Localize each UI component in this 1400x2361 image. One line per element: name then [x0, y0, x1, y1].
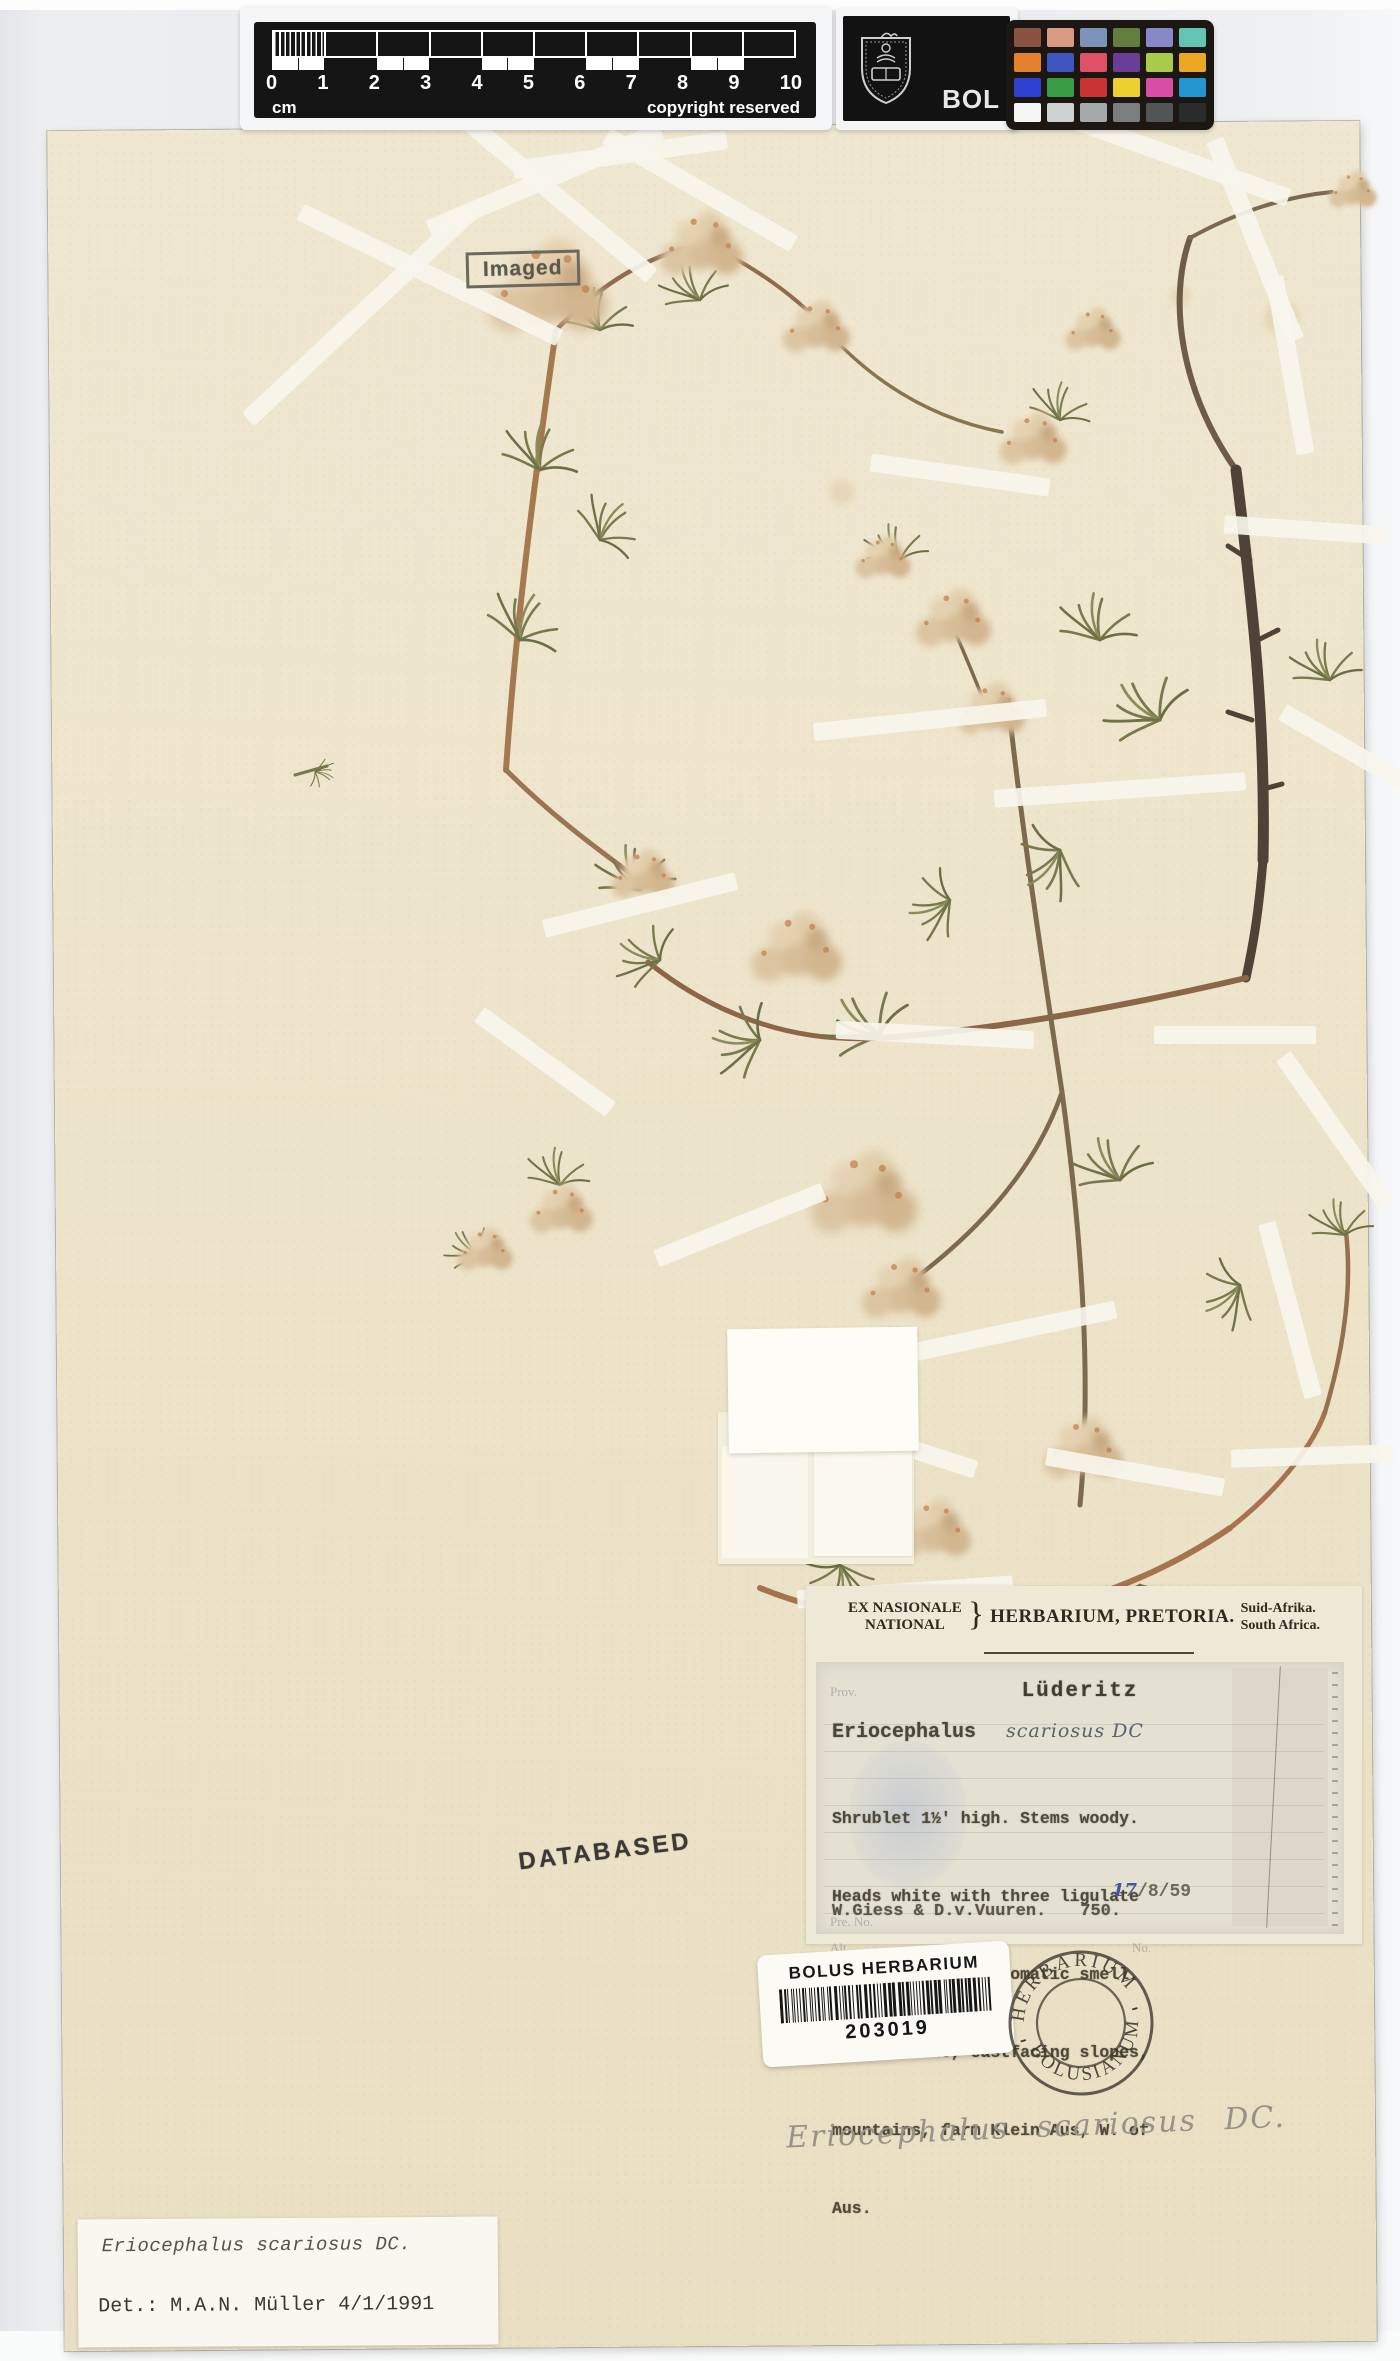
det-determiner-line: Det.: M.A.N. Müller 4/1/1991: [98, 2293, 434, 2318]
bol-code: BOL: [942, 84, 1000, 115]
date-typed: /8/59: [1137, 1882, 1191, 1902]
species-handwritten: scariosus DC: [1006, 1720, 1144, 1742]
det-species-name: Eriocephalus scariosus DC.: [102, 2233, 412, 2257]
packet-panel-right: [814, 1446, 912, 1556]
header-line-afrikaans: EX NASIONALE: [848, 1600, 962, 1617]
header-afrikaans-english: EX NASIONALE NATIONAL: [848, 1600, 962, 1634]
color-checker-grid: [1014, 28, 1206, 122]
collection-date: 17/8/59: [1112, 1880, 1191, 1902]
stamp-dash-right: -: [1127, 1994, 1141, 2020]
copyright-text: copyright reserved: [647, 98, 800, 118]
country-afrikaans: Suid-Afrika.: [1241, 1600, 1316, 1617]
desc-line: Aus.: [832, 2196, 1149, 2222]
barcode-label: BOLUS HERBARIUM 203019: [757, 1940, 1015, 2067]
ruler-unit: cm: [272, 98, 297, 118]
ruler-footer: cm copyright reserved: [272, 98, 800, 118]
desc-line: Shrublet 1½' high. Stems woody.: [832, 1806, 1149, 1832]
ruler-scale-pattern: [272, 30, 796, 70]
collector-line: W.Giess & D.v.Vuuren.750.: [832, 1902, 1121, 1921]
databased-stamp: DATABASED: [517, 1827, 693, 1876]
packet-flap: [727, 1327, 919, 1454]
cm-ruler: 012345678910 cm copyright reserved: [254, 22, 816, 118]
header-main: HERBARIUM, PRETORIA.: [990, 1606, 1235, 1628]
header-country: Suid-Afrika. South Africa.: [1241, 1600, 1320, 1634]
species-line: Eriocephalus scariosus DC: [832, 1720, 1144, 1744]
collector-number: 750.: [1080, 1902, 1121, 1921]
stamp-dash-left: -: [1016, 2026, 1030, 2052]
ruler-numbers: 012345678910: [266, 72, 802, 95]
color-checker-card: [1006, 20, 1214, 130]
pretoria-label-header: EX NASIONALE NATIONAL } HERBARIUM, PRETO…: [806, 1600, 1362, 1634]
imaged-stamp: Imaged: [466, 250, 580, 289]
date-day-handwritten: 17: [1112, 1880, 1137, 1901]
packet-panel-left: [722, 1446, 808, 1558]
scan-canvas: Imaged EX NASIONALE NATIONAL } HERBARIUM…: [0, 0, 1400, 2361]
collector-names: W.Giess & D.v.Vuuren.: [832, 1902, 1046, 1921]
header-underline: [984, 1652, 1194, 1654]
country-english: South Africa.: [1241, 1617, 1320, 1634]
stamp-text-bottom: BOLUSIANUM: [1024, 2011, 1158, 2099]
fragment-packet: [712, 1328, 926, 1570]
ruler-half-cells: [272, 58, 796, 70]
determination-label: Eriocephalus scariosus DC. Det.: M.A.N. …: [78, 2217, 499, 2348]
ruler-cm-cells: [272, 30, 796, 58]
locality: Lüderitz: [816, 1680, 1344, 1703]
bol-logo-block: BOL: [843, 16, 1010, 121]
uct-crest-icon: [857, 26, 915, 106]
pretoria-label: EX NASIONALE NATIONAL } HERBARIUM, PRETO…: [806, 1586, 1362, 1944]
header-brace: }: [968, 1596, 984, 1634]
typed-label-area: Prov. Pre. No. Alt. Anno No. Lüderitz Er…: [816, 1662, 1344, 1934]
genus-typed: Eriocephalus: [832, 1721, 976, 1744]
header-line-english: NATIONAL: [865, 1617, 945, 1634]
svg-text:BOLUSIANUM: BOLUSIANUM: [1024, 2011, 1158, 2099]
scale-bar-assembly: 012345678910 cm copyright reserved BOL: [0, 0, 1400, 140]
